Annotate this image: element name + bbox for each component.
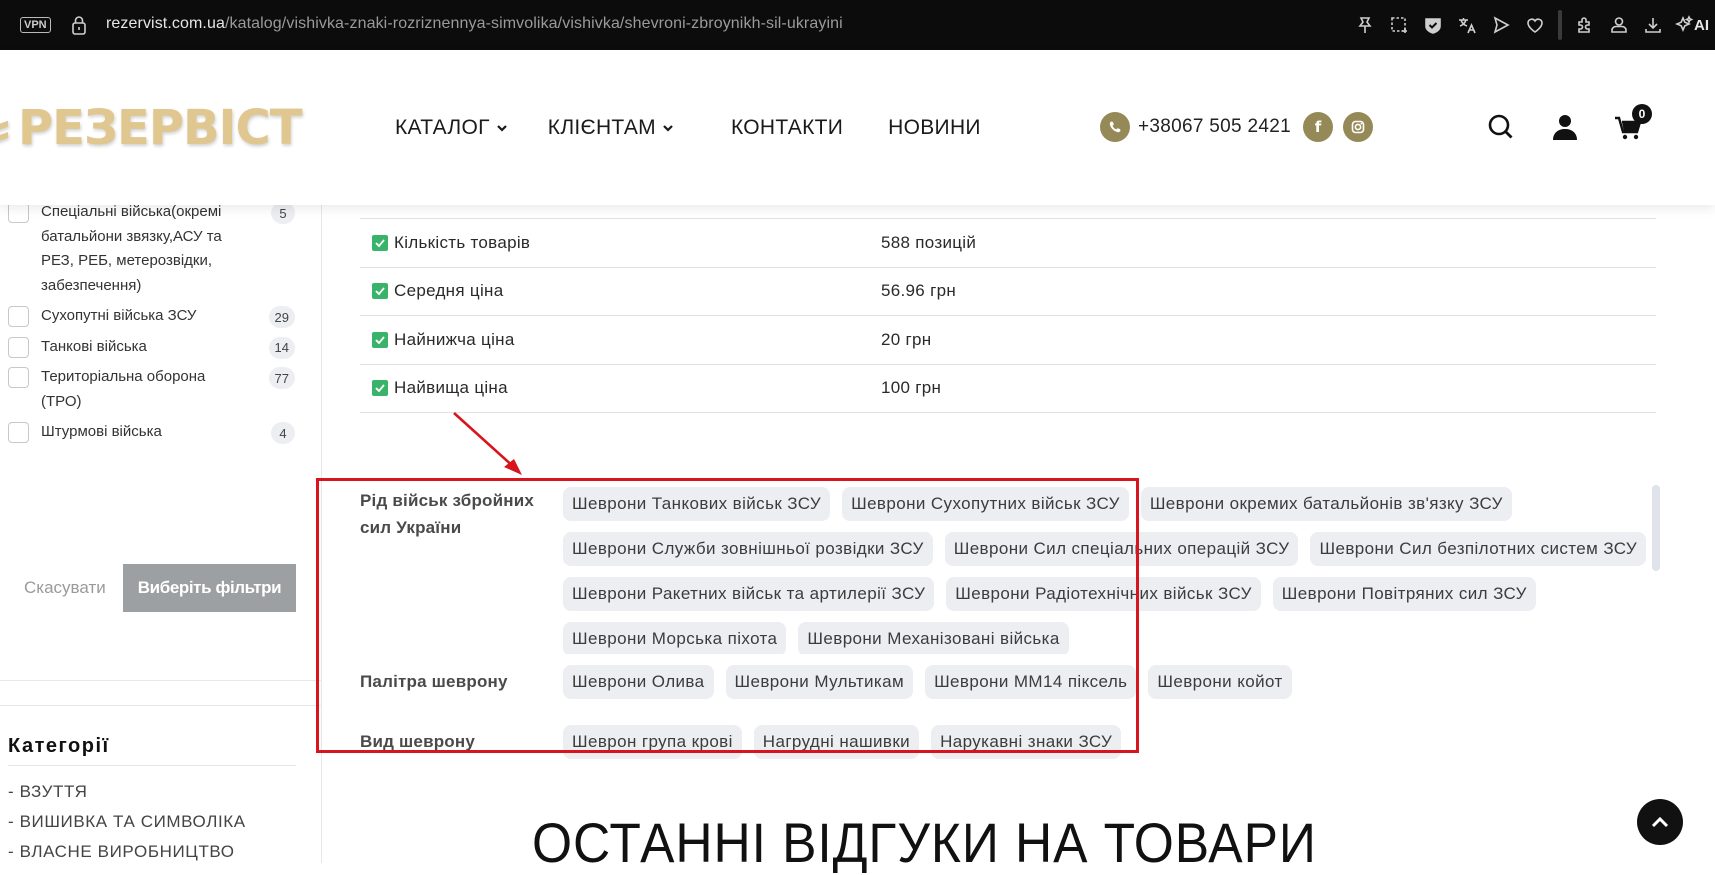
url-host: rezervist.com.ua	[106, 15, 225, 32]
section-heading: ОСТАННІ ВІДГУКИ НА ТОВАРИ	[532, 810, 1317, 863]
vpn-badge[interactable]: VPN	[20, 17, 51, 33]
filter-chip[interactable]: Шеврони койот	[1148, 665, 1291, 699]
check-icon	[372, 380, 388, 396]
filter-count-badge: 4	[271, 422, 295, 444]
filter-chip[interactable]: Шеврони Сухопутних військ ЗСУ	[842, 487, 1129, 521]
main-nav: КАТАЛОГ КЛІЄНТАМ КОНТАКТИ НОВИНИ	[395, 116, 1021, 140]
filter-checkbox[interactable]	[8, 202, 29, 223]
chevron-down-icon	[496, 122, 508, 134]
facebook-icon[interactable]: f	[1303, 112, 1333, 142]
phone-number[interactable]: +38067 505 2421	[1138, 116, 1291, 138]
site-logo[interactable]: ⸗РЕЗЕРВІСТ	[0, 100, 301, 156]
filter-count-badge: 29	[269, 306, 295, 328]
toolbar-separator	[1558, 10, 1562, 40]
filter-chip[interactable]: Шеврони Повітряних сил ЗСУ	[1273, 577, 1536, 611]
category-link[interactable]: - ВЗУТТЯ	[8, 777, 246, 807]
chip-list: Шеврони ОливаШеврони МультикамШеврони ММ…	[563, 665, 1663, 699]
stats-label: Найнижча ціна	[394, 330, 515, 350]
filter-option[interactable]: Сухопутні війська ЗСУ 29	[8, 306, 298, 329]
filter-label: Штурмові війська	[41, 420, 226, 445]
nav-contacts[interactable]: КОНТАКТИ	[731, 116, 843, 140]
extensions-icon[interactable]	[1568, 0, 1602, 50]
chevron-up-icon	[1651, 815, 1669, 829]
apply-filters-button[interactable]: Виберіть фільтри	[123, 564, 296, 612]
check-icon	[372, 235, 388, 251]
category-list: - ВЗУТТЯ- ВИШИВКА ТА СИМВОЛІКА- ВЛАСНЕ В…	[8, 777, 246, 863]
divider	[0, 680, 322, 681]
filter-label: Спеціальні війська(окремі батальйони звя…	[41, 200, 226, 298]
nav-catalog[interactable]: КАТАЛОГ	[395, 116, 508, 140]
filter-checkbox[interactable]	[8, 367, 29, 388]
stats-value: 588 позицій	[881, 233, 976, 253]
filter-label: Територіальна оборона (ТРО)	[41, 365, 226, 414]
profile-icon[interactable]	[1602, 0, 1636, 50]
nav-label: КЛІЄНТАМ	[548, 116, 656, 140]
filter-count-badge: 14	[269, 337, 295, 359]
stats-label: Кількість товарів	[394, 233, 530, 253]
filter-chip[interactable]: Шеврони Механізовані війська	[798, 622, 1068, 654]
category-link[interactable]: - ВИШИВКА ТА СИМВОЛІКА	[8, 807, 246, 837]
screenshot-icon[interactable]	[1382, 0, 1416, 50]
scroll-to-top-button[interactable]	[1637, 799, 1683, 845]
filter-chip[interactable]: Нагрудні нашивки	[754, 725, 919, 759]
filter-count-badge: 5	[271, 202, 295, 224]
chips-scrollbar[interactable]	[1652, 485, 1660, 571]
send-icon[interactable]	[1484, 0, 1518, 50]
nav-news[interactable]: НОВИНИ	[888, 116, 981, 140]
download-icon[interactable]	[1636, 0, 1670, 50]
check-icon	[372, 283, 388, 299]
filter-chip[interactable]: Шеврони Служби зовнішньої розвідки ЗСУ	[563, 532, 933, 566]
filter-chip[interactable]: Шеврони Олива	[563, 665, 714, 699]
stats-row: Кількість товарів 588 позицій	[360, 219, 1656, 268]
stats-row: Найнижча ціна 20 грн	[360, 316, 1656, 365]
attribute-label: Рід військ збройних сил України	[360, 487, 560, 541]
check-icon	[372, 332, 388, 348]
filter-chip[interactable]: Шеврони Морська піхота	[563, 622, 786, 654]
stats-table: Кількість товарів 588 позиційСередня цін…	[360, 218, 1656, 413]
filter-chip[interactable]: Шеврони окремих батальйонів зв'язку ЗСУ	[1141, 487, 1512, 521]
shield-check-icon[interactable]	[1416, 0, 1450, 50]
cancel-button[interactable]: Скасувати	[24, 578, 123, 598]
translate-icon[interactable]	[1450, 0, 1484, 50]
instagram-icon[interactable]	[1343, 112, 1373, 142]
heart-icon[interactable]	[1518, 0, 1552, 50]
url-path: /katalog/vishivka-znaki-rozriznennya-sim…	[225, 15, 843, 32]
filter-chip[interactable]: Шеврони Сил спеціальних операцій ЗСУ	[945, 532, 1299, 566]
chip-list: Шеврон група кровіНагрудні нашивкиНарука…	[563, 725, 1663, 759]
logo-text: РЕЗЕРВІСТ	[18, 100, 301, 156]
account-icon[interactable]	[1548, 110, 1582, 144]
filter-chip[interactable]: Шеврони Сил безпілотних систем ЗСУ	[1310, 532, 1646, 566]
address-bar[interactable]: rezervist.com.ua/katalog/vishivka-znaki-…	[106, 15, 843, 33]
filter-checkbox[interactable]	[8, 422, 29, 443]
annotation-arrow-icon	[452, 405, 552, 485]
search-icon[interactable]	[1484, 110, 1518, 144]
divider	[0, 705, 322, 706]
filter-count-badge: 77	[269, 367, 295, 389]
stats-row: Найвища ціна 100 грн	[360, 365, 1656, 414]
filter-chip[interactable]: Шеврони Танкових військ ЗСУ	[563, 487, 830, 521]
nav-label: КАТАЛОГ	[395, 116, 490, 140]
cart-icon[interactable]: 0	[1612, 110, 1646, 144]
filter-chip[interactable]: Нарукавні знаки ЗСУ	[931, 725, 1121, 759]
stats-value: 56.96 грн	[881, 281, 956, 301]
browser-toolbar: VPN rezervist.com.ua/katalog/vishivka-zn…	[0, 0, 1715, 50]
logo-mark: ⸗	[0, 100, 4, 156]
filter-option[interactable]: Танкові війська 14	[8, 337, 298, 360]
filter-actions: Скасувати Виберіть фільтри	[0, 564, 296, 612]
filter-option[interactable]: Територіальна оборона (ТРО) 77	[8, 367, 298, 414]
chip-list: Шеврони Танкових військ ЗСУШеврони Сухоп…	[563, 487, 1663, 654]
chevron-down-icon	[662, 122, 674, 134]
nav-clients[interactable]: КЛІЄНТАМ	[548, 116, 674, 140]
attribute-label: Вид шеврону	[360, 728, 560, 755]
site-header: ⸗РЕЗЕРВІСТ КАТАЛОГ КЛІЄНТАМ КОНТАКТИ НОВ…	[0, 50, 1715, 205]
contacts: +38067 505 2421 f	[1100, 112, 1373, 142]
filter-chip[interactable]: Шеврони Мультикам	[726, 665, 914, 699]
stats-value: 100 грн	[881, 378, 941, 398]
pin-icon[interactable]	[1348, 0, 1382, 50]
filter-option[interactable]: Штурмові війська 4	[8, 422, 298, 445]
filter-label: Сухопутні війська ЗСУ	[41, 304, 226, 329]
stats-label: Найвища ціна	[394, 378, 508, 398]
cart-count-badge: 0	[1632, 104, 1652, 124]
categories-title: Категорії	[8, 735, 110, 758]
stats-value: 20 грн	[881, 330, 931, 350]
attribute-label: Палітра шеврону	[360, 668, 560, 695]
filter-list: Спеціальні війська(окремі батальйони звя…	[8, 202, 298, 453]
divider	[8, 765, 296, 766]
filter-checkbox[interactable]	[8, 337, 29, 358]
nav-label: КОНТАКТИ	[731, 116, 843, 140]
filter-chip[interactable]: Шеврони Ракетних військ та артилерії ЗСУ	[563, 577, 934, 611]
stats-label: Середня ціна	[394, 281, 503, 301]
nav-label: НОВИНИ	[888, 116, 981, 140]
filter-option[interactable]: Спеціальні війська(окремі батальйони звя…	[8, 202, 298, 298]
filter-chip[interactable]: Шеврони ММ14 піксель	[925, 665, 1136, 699]
ai-button-label[interactable]: AI	[1694, 17, 1715, 34]
lock-icon[interactable]	[71, 15, 87, 35]
stats-row: Середня ціна 56.96 грн	[360, 268, 1656, 317]
filter-label: Танкові війська	[41, 335, 226, 360]
filter-sidebar: Спеціальні війська(окремі батальйони звя…	[0, 205, 322, 863]
filter-chip[interactable]: Шеврони Радіотехнічних військ ЗСУ	[946, 577, 1261, 611]
main-content: Кількість товарів 588 позиційСередня цін…	[322, 205, 1715, 863]
filter-chip[interactable]: Шеврон група крові	[563, 725, 742, 759]
phone-icon[interactable]	[1100, 112, 1130, 142]
category-link[interactable]: - ВЛАСНЕ ВИРОБНИЦТВО	[8, 837, 246, 863]
filter-checkbox[interactable]	[8, 306, 29, 327]
